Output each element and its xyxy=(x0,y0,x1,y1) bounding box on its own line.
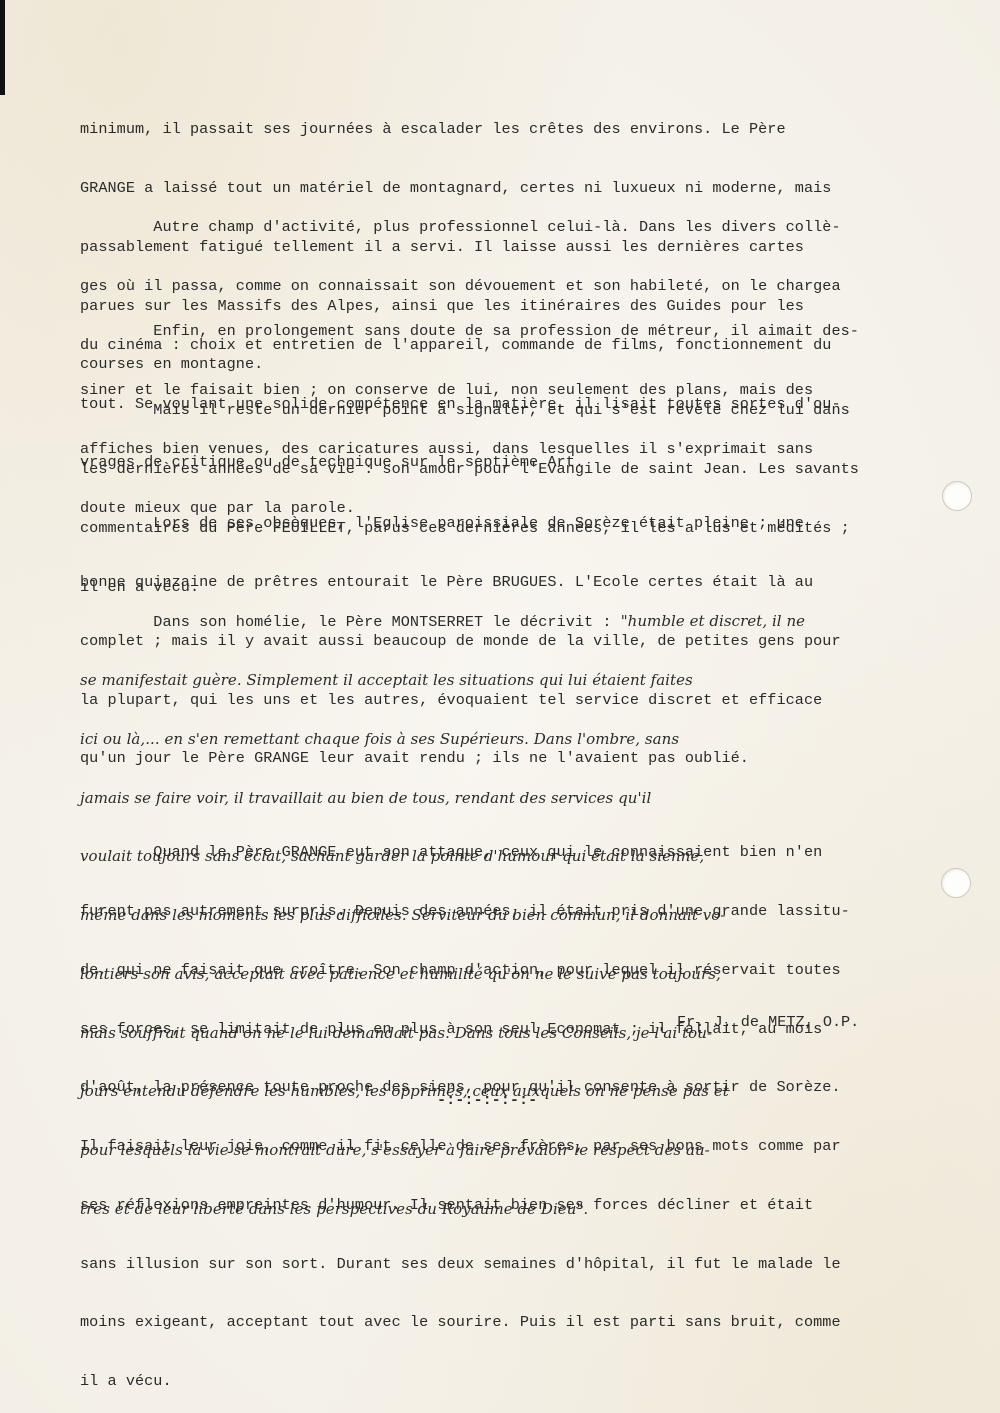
text-line: Lors de ses obsèques, l'Eglise paroissia… xyxy=(80,514,910,534)
text-line: Quand le Père GRANGE eut son attaque, ce… xyxy=(80,843,910,863)
author-signature: Fr. J. de METZ, O.P. xyxy=(677,1013,859,1031)
text-line: Mais il reste un dernier point à signale… xyxy=(80,401,910,421)
text-line: Il faisait leur joie, comme il fit celle… xyxy=(80,1137,910,1157)
text-line: minimum, il passait ses journées à escal… xyxy=(80,120,910,140)
text-line: Dans son homélie, le Père MONTSERRET le … xyxy=(80,612,910,632)
text-line: de, qui ne faisait que croître. Son cham… xyxy=(80,961,910,981)
homily-intro: Dans son homélie, le Père MONTSERRET le … xyxy=(80,613,621,631)
scan-edge-shadow xyxy=(0,0,5,95)
quote-line: ici ou là,... en s'en remettant chaque f… xyxy=(80,730,910,750)
punch-hole xyxy=(941,868,971,898)
section-separator: -:-:-:-:-:- xyxy=(437,1091,537,1109)
text-line: ses réflexions empreintes d'humour. Il s… xyxy=(80,1196,910,1216)
punch-hole xyxy=(942,481,972,511)
text-line: Autre champ d'activité, plus professionn… xyxy=(80,218,910,238)
quote-line: se manifestait guère. Simplement il acce… xyxy=(80,671,910,691)
text-line: furent pas autrement surpris. Depuis des… xyxy=(80,902,910,922)
text-line: moins exigeant, acceptant tout avec le s… xyxy=(80,1313,910,1333)
text-line: il a vécu. xyxy=(80,1372,910,1392)
text-line: Enfin, en prolongement sans doute de sa … xyxy=(80,322,910,342)
quote-text: "humble et discret, il ne xyxy=(621,612,805,630)
text-line: sans illusion sur son sort. Durant ses d… xyxy=(80,1255,910,1275)
